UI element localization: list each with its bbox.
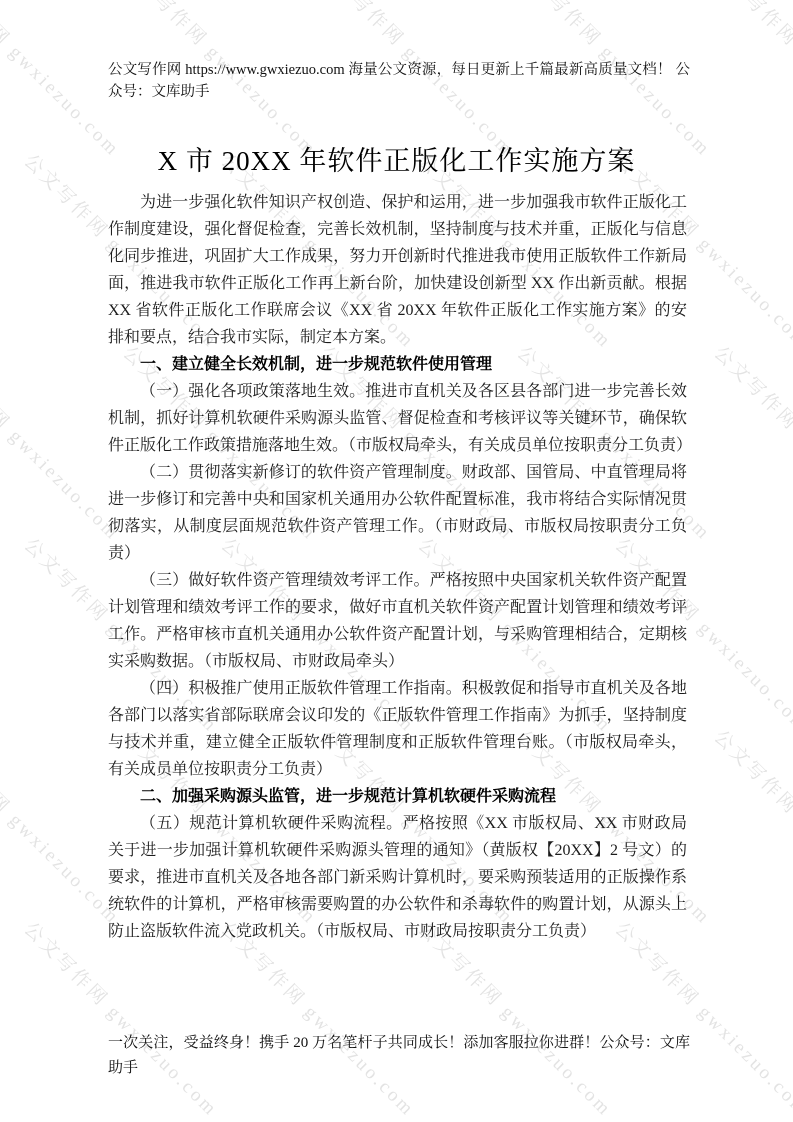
document-body: 为进一步强化软件知识产权创造、保护和运用，进一步加强我市软件正版化工作制度建设，… xyxy=(108,189,687,945)
site-footer-text: 一次关注，受益终身！携手 20 万名笔杆子共同成长！添加客服拉你进群！公众号：文… xyxy=(108,1031,690,1081)
paragraph-item-4: （四）积极推广使用正版软件管理工作指南。积极敦促和指导市直机关及各地各部门以落实… xyxy=(108,675,687,783)
section-heading-1: 一、建立健全长效机制，进一步规范软件使用管理 xyxy=(108,351,687,378)
paragraph-item-3: （三）做好软件资产管理绩效考评工作。严格按照中央国家机关软件资产配置计划管理和绩… xyxy=(108,567,687,675)
paragraph-item-1: （一）强化各项政策落地生效。推进市直机关及各区县各部门进一步完善长效机制，抓好计… xyxy=(108,378,687,459)
section-heading-2: 二、加强采购源头监管，进一步规范计算机软硬件采购流程 xyxy=(108,783,687,810)
document-page: 公文写作网 gwxiezuo.com公文写作网 gwxiezuo.com公文写作… xyxy=(0,0,793,1122)
document-title: X 市 20XX 年软件正版化工作实施方案 xyxy=(0,139,793,178)
paragraph-item-2: （二）贯彻落实新修订的软件资产管理制度。财政部、国管局、中直管理局将进一步修订和… xyxy=(108,459,687,567)
paragraph-item-5: （五）规范计算机软硬件采购流程。严格按照《XX 市版权局、XX 市财政局关于进一… xyxy=(108,810,687,945)
paragraph-intro: 为进一步强化软件知识产权创造、保护和运用，进一步加强我市软件正版化工作制度建设，… xyxy=(108,189,687,351)
document-content: 公文写作网 https://www.gwxiezuo.com 海量公文资源，每日… xyxy=(0,0,793,1122)
site-header-text: 公文写作网 https://www.gwxiezuo.com 海量公文资源，每日… xyxy=(108,59,690,103)
